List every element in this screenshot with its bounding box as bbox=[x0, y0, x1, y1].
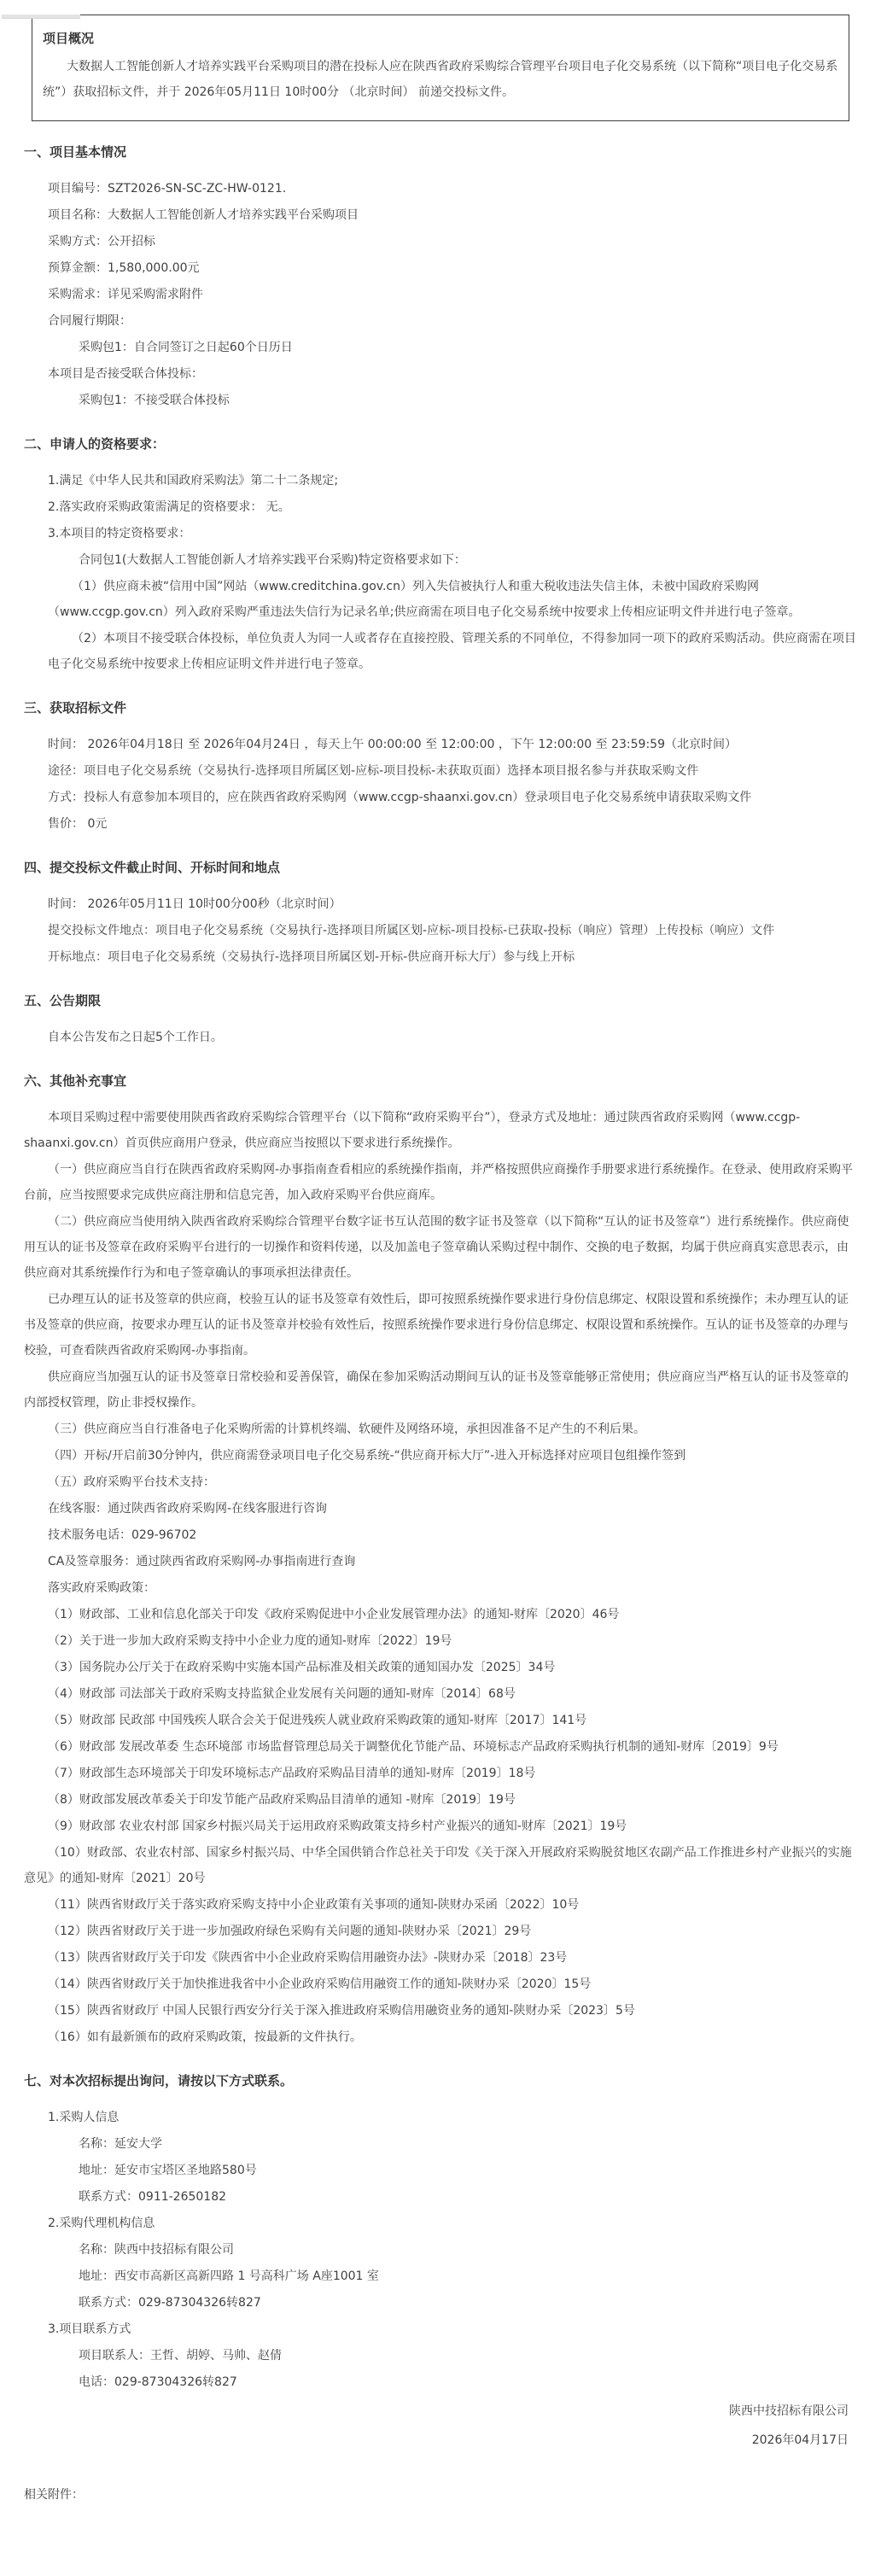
policy-item: （1）财政部、工业和信息化部关于印发《政府采购促进中小企业发展管理办法》的通知-… bbox=[24, 1602, 857, 1627]
qualification-paragraph: （2）本项目不接受联合体投标，单位负责人为同一人或者存在直接控股、管理关系的不同… bbox=[48, 626, 857, 677]
sub-field-line: 项目联系人：王哲、胡婷、马帅、赵倩 bbox=[55, 2343, 857, 2369]
section-heading: 四、提交投标文件截止时间、开标时间和地点 bbox=[24, 855, 857, 880]
document-body: 一、项目基本情况项目编号：SZT2026-SN-SC-ZC-HW-0121.项目… bbox=[24, 139, 857, 2453]
field-line: 自本公告发布之日起5个工作日。 bbox=[24, 1025, 857, 1050]
sub-field-line: 联系方式：0911-2650182 bbox=[55, 2184, 857, 2210]
policy-item: （16）如有最新颁布的政府采购政策，按最新的文件执行。 bbox=[24, 2024, 857, 2050]
project-overview-text: 大数据人工智能创新人才培养实践平台采购项目的潜在投标人应在陕西省政府采购综合管理… bbox=[43, 54, 838, 105]
paragraph: （二）供应商应当使用纳入陕西省政府采购综合管理平台数字证书互认范围的数字证书及签… bbox=[24, 1209, 857, 1286]
sub-field-line: 合同包1(大数据人工智能创新人才培养实践平台采购)特定资格要求如下： bbox=[55, 547, 857, 573]
sub-field-line: 地址：西安市高新区高新四路 1 号高科广场 A座1001 室 bbox=[55, 2263, 857, 2289]
sub-field-line: 电话：029-87304326转827 bbox=[55, 2369, 857, 2395]
field-line: 1.满足《中华人民共和国政府采购法》第二十二条规定; bbox=[24, 468, 857, 494]
policy-item: （12）陕西省财政厅关于进一步加强政府绿色采购有关问题的通知-陕财办采〔2021… bbox=[24, 1919, 857, 1944]
sub-field-line: 联系方式：029-87304326转827 bbox=[55, 2290, 857, 2316]
section-heading: 六、其他补充事宜 bbox=[24, 1068, 857, 1094]
field-line: 项目编号：SZT2026-SN-SC-ZC-HW-0121. bbox=[24, 176, 857, 202]
announcement-page: { "page": { "background_color": "#ffffff… bbox=[0, 15, 881, 2576]
project-overview-title: 项目概况 bbox=[43, 26, 838, 51]
paragraph: （五）政府采购平台技术支持： bbox=[24, 1469, 857, 1495]
paragraph: （四）开标/开启前30分钟内，供应商需登录项目电子化交易系统-“供应商开标大厅”… bbox=[24, 1443, 857, 1469]
policy-item: （7）财政部生态环境部关于印发环境标志产品政府采购品目清单的通知-财库〔2019… bbox=[24, 1761, 857, 1786]
field-line: 本项目是否接受联合体投标： bbox=[24, 361, 857, 387]
policy-item: （4）财政部 司法部关于政府采购支持监狱企业发展有关问题的通知-财库〔2014〕… bbox=[24, 1681, 857, 1707]
page-top-artifact bbox=[2, 15, 80, 19]
project-overview-box: 项目概况 大数据人工智能创新人才培养实践平台采购项目的潜在投标人应在陕西省政府采… bbox=[32, 15, 849, 121]
field-line: 时间： 2026年04月18日 至 2026年04月24日 ，每天上午 00:0… bbox=[24, 732, 857, 757]
field-line: 时间： 2026年05月11日 10时00分00秒（北京时间） bbox=[24, 891, 857, 917]
policy-item: （9）财政部 农业农村部 国家乡村振兴局关于运用政府采购政策支持乡村产业振兴的通… bbox=[24, 1814, 857, 1839]
field-line: 采购需求：详见采购需求附件 bbox=[24, 282, 857, 307]
policy-item: （2）关于进一步加大政府采购支持中小企业力度的通知-财库〔2022〕19号 bbox=[24, 1628, 857, 1654]
signature-line: 陕西中技招标有限公司 bbox=[24, 2398, 849, 2424]
field-line: 方式：投标人有意参加本项目的，应在陕西省政府采购网（www.ccgp-shaan… bbox=[24, 785, 857, 810]
field-line: 提交投标文件地点：项目电子化交易系统（交易执行-选择项目所属区划-应标-项目投标… bbox=[24, 918, 857, 943]
field-line: 开标地点：项目电子化交易系统（交易执行-选择项目所属区划-开标-供应商开标大厅）… bbox=[24, 944, 857, 970]
sub-field-line: 采购包1：自合同签订之日起60个日历日 bbox=[55, 335, 857, 360]
paragraph: 供应商应当加强互认的证书及签章日常校验和妥善保管，确保在参加采购活动期间互认的证… bbox=[24, 1364, 857, 1416]
field-line: 技术服务电话：029-96702 bbox=[24, 1522, 857, 1548]
sub-field-line: 名称：延安大学 bbox=[55, 2131, 857, 2157]
section-heading: 七、对本次招标提出询问，请按以下方式联系。 bbox=[24, 2068, 857, 2094]
field-line: 项目名称：大数据人工智能创新人才培养实践平台采购项目 bbox=[24, 202, 857, 228]
sub-field-line: 地址：延安市宝塔区圣地路580号 bbox=[55, 2158, 857, 2183]
field-line: 2.落实政府采购政策需满足的资格要求： 无。 bbox=[24, 494, 857, 520]
section-heading: 二、申请人的资格要求： bbox=[24, 431, 857, 457]
field-line: 3.本项目的特定资格要求： bbox=[24, 521, 857, 546]
sub-field-line: 采购包1：不接受联合体投标 bbox=[55, 388, 857, 413]
related-attachments-label: 相关附件： bbox=[24, 2482, 857, 2508]
policy-item: （15）陕西省财政厅 中国人民银行西安分行关于深入推进政府采购信用融资业务的通知… bbox=[24, 1998, 857, 2024]
field-line: 售价： 0元 bbox=[24, 811, 857, 837]
announcement-container: 项目概况 大数据人工智能创新人才培养实践平台采购项目的潜在投标人应在陕西省政府采… bbox=[0, 15, 881, 2533]
sub-field-line: 名称：陕西中技招标有限公司 bbox=[55, 2237, 857, 2263]
policy-item: （3）国务院办公厅关于在政府采购中实施本国产品标准及相关政策的通知国办发〔202… bbox=[24, 1655, 857, 1680]
field-line: 3.项目联系方式 bbox=[24, 2316, 857, 2342]
field-line: 2.采购代理机构信息 bbox=[24, 2211, 857, 2236]
field-line: 途径：项目电子化交易系统（交易执行-选择项目所属区划-应标-项目投标-未获取页面… bbox=[24, 758, 857, 784]
policy-item: （6）财政部 发展改革委 生态环境部 市场监督管理总局关于调整优化节能产品、环境… bbox=[24, 1734, 857, 1760]
paragraph: （一）供应商应当自行在陕西省政府采购网-办事指南查看相应的系统操作指南，并严格按… bbox=[24, 1157, 857, 1208]
policy-item: （5）财政部 民政部 中国残疾人联合会关于促进残疾人就业政府采购政策的通知-财库… bbox=[24, 1708, 857, 1733]
field-line: 预算金额：1,580,000.00元 bbox=[24, 255, 857, 281]
field-line: 落实政府采购政策： bbox=[24, 1575, 857, 1601]
field-line: 在线客服：通过陕西省政府采购网-在线客服进行咨询 bbox=[24, 1496, 857, 1522]
policy-item: （11）陕西省财政厅关于落实政府采购支持中小企业政策有关事项的通知-陕财办采函〔… bbox=[24, 1892, 857, 1918]
paragraph: （三）供应商应当自行准备电子化采购所需的计算机终端、软硬件及网络环境，承担因准备… bbox=[24, 1417, 857, 1442]
paragraph: 本项目采购过程中需要使用陕西省政府采购综合管理平台（以下简称“政府采购平台”），… bbox=[24, 1105, 857, 1156]
section-heading: 一、项目基本情况 bbox=[24, 139, 857, 165]
qualification-paragraph: （1）供应商未被“信用中国”网站（www.creditchina.gov.cn）… bbox=[48, 574, 857, 625]
signature-line: 2026年04月17日 bbox=[24, 2427, 849, 2453]
policy-item: （14）陕西省财政厅关于加快推进我省中小企业政府采购信用融资工作的通知-陕财办采… bbox=[24, 1971, 857, 1997]
policy-item: （10）财政部、农业农村部、国家乡村振兴局、中华全国供销合作总社关于印发《关于深… bbox=[24, 1840, 857, 1891]
field-line: 1.采购人信息 bbox=[24, 2105, 857, 2130]
section-heading: 三、获取招标文件 bbox=[24, 695, 857, 721]
policy-item: （8）财政部发展改革委关于印发节能产品政府采购品目清单的通知 -财库〔2019〕… bbox=[24, 1787, 857, 1813]
field-line: CA及签章服务：通过陕西省政府采购网-办事指南进行查询 bbox=[24, 1549, 857, 1574]
section-heading: 五、公告期限 bbox=[24, 988, 857, 1013]
field-line: 合同履行期限： bbox=[24, 308, 857, 334]
paragraph: 已办理互认的证书及签章的供应商，校验互认的证书及签章有效性后，即可按照系统操作要… bbox=[24, 1287, 857, 1364]
policy-item: （13）陕西省财政厅关于印发《陕西省中小企业政府采购信用融资办法》-陕财办采〔2… bbox=[24, 1945, 857, 1971]
field-line: 采购方式：公开招标 bbox=[24, 229, 857, 254]
